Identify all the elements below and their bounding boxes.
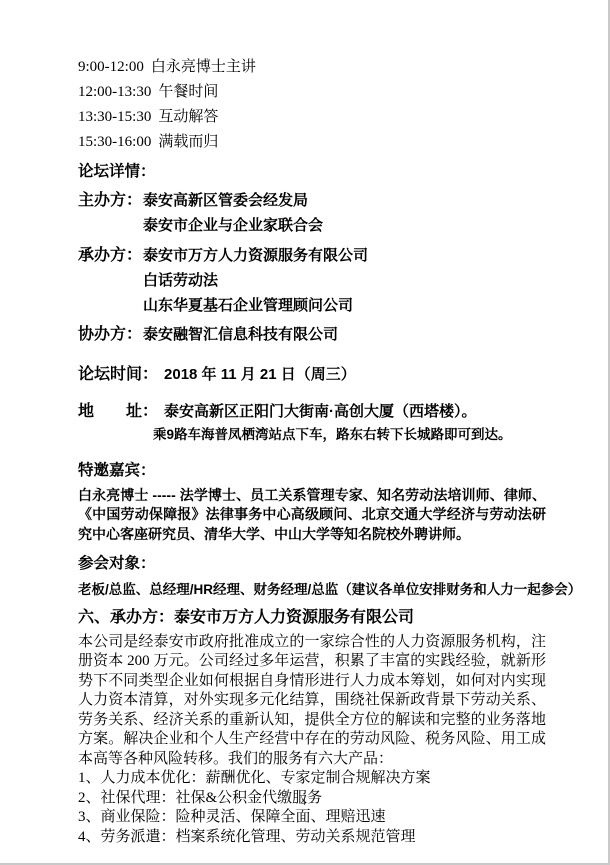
section6-heading: 六、承办方：泰安市万方人力资源服务有限公司 — [78, 606, 546, 630]
address-value: 泰安高新区正阳门大街南·高创大厦（西塔楼）。 — [164, 403, 477, 420]
organizer-row: 承办方： 泰安市万方人力资源服务有限公司 白话劳动法 山东华夏基石企业管理顾问公… — [78, 243, 546, 319]
address-label: 地 址： — [78, 403, 158, 420]
document-page: 9:00-12:00白永亮博士主讲 12:00-13:30午餐时间 13:30-… — [0, 0, 610, 865]
page-number: - 4 - — [0, 797, 608, 808]
schedule-item: 15:30-16:00满载而归 — [78, 130, 546, 155]
schedule-block: 9:00-12:00白永亮博士主讲 12:00-13:30午餐时间 13:30-… — [78, 55, 546, 155]
section6-intro: 本公司是经泰安市政府批准成立的一家综合性的人力资源服务机构，注册资本 200 万… — [78, 633, 546, 770]
schedule-activity: 午餐时间 — [158, 84, 218, 100]
host-label: 主办方： — [78, 188, 143, 239]
schedule-activity: 满载而归 — [158, 134, 218, 150]
forum-time-row: 论坛时间：2018 年 11 月 21 日（周三） — [78, 362, 546, 387]
product-item: 4、劳务派遣：档案系统化管理、劳动关系规范管理 — [78, 828, 546, 848]
address-row: 地 址：泰安高新区正阳门大街南·高创大厦（西塔楼）。 — [78, 399, 546, 424]
co-organizer-label: 协办方： — [78, 322, 143, 347]
schedule-item: 12:00-13:30午餐时间 — [78, 80, 546, 105]
schedule-activity: 互动解答 — [158, 109, 218, 125]
schedule-time: 15:30-16:00 — [78, 134, 151, 150]
product-item: 3、商业保险：险种灵活、保障全面、理赔迅速 — [78, 808, 546, 828]
schedule-time: 13:30-15:30 — [78, 109, 151, 125]
schedule-activity: 白永亮博士主讲 — [151, 59, 256, 75]
organizer-value: 白话劳动法 — [143, 268, 368, 293]
organizer-value: 泰安市万方人力资源服务有限公司 — [143, 243, 368, 268]
product-item: 1、人力成本优化：薪酬优化、专家定制合规解决方案 — [78, 769, 546, 789]
audience-heading: 参会对象： — [78, 551, 546, 576]
organizer-values: 泰安市万方人力资源服务有限公司 白话劳动法 山东华夏基石企业管理顾问公司 — [143, 243, 368, 319]
schedule-time: 12:00-13:30 — [78, 84, 151, 100]
organizer-label: 承办方： — [78, 243, 143, 319]
forum-details-heading: 论坛详情： — [78, 159, 546, 184]
audience-description: 老板/总监、总经理/HR经理、财务经理/总监（建议各单位安排财务和人力一起参会） — [78, 578, 546, 602]
schedule-item: 9:00-12:00白永亮博士主讲 — [78, 55, 546, 80]
guests-heading: 特邀嘉宾： — [78, 458, 546, 483]
section6-products: 1、人力成本优化：薪酬优化、专家定制合规解决方案 2、社保代理：社保&公积金代缴… — [78, 769, 546, 847]
schedule-item: 13:30-15:30互动解答 — [78, 105, 546, 130]
forum-time-value: 2018 年 11 月 21 日（周三） — [164, 366, 356, 383]
co-organizer-value: 泰安融智汇信息科技有限公司 — [143, 322, 338, 347]
host-values: 泰安高新区管委会经发局 泰安市企业与企业家联合会 — [143, 188, 323, 239]
guests-description: 白永亮博士 ----- 法学博士、员工关系管理专家、知名劳动法培训师、律师、《中… — [78, 486, 546, 545]
page-content: 9:00-12:00白永亮博士主讲 12:00-13:30午餐时间 13:30-… — [78, 55, 546, 847]
host-value: 泰安高新区管委会经发局 — [143, 188, 323, 213]
address-note: 乘9路车海普凤栖湾站点下车，路东右转下长城路即可到达。 — [153, 424, 546, 446]
organizer-value: 山东华夏基石企业管理顾问公司 — [143, 293, 368, 318]
host-value: 泰安市企业与企业家联合会 — [143, 213, 323, 238]
schedule-time: 9:00-12:00 — [78, 59, 144, 75]
co-organizer-values: 泰安融智汇信息科技有限公司 — [143, 322, 338, 347]
forum-time-label: 论坛时间： — [78, 366, 158, 383]
host-row: 主办方： 泰安高新区管委会经发局 泰安市企业与企业家联合会 — [78, 188, 546, 239]
co-organizer-row: 协办方： 泰安融智汇信息科技有限公司 — [78, 322, 546, 347]
